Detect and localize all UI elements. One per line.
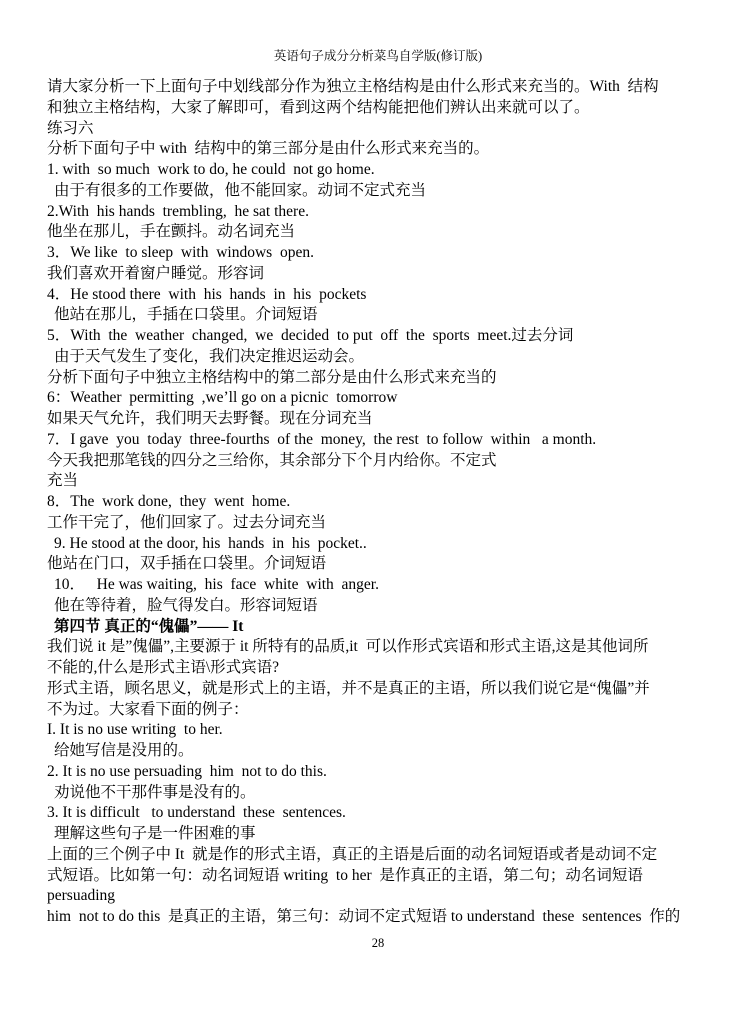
document-page: 英语句子成分分析菜鸟自学版(修订版) 请大家分析一下上面句子中划线部分作为独立主… (0, 0, 756, 1021)
text-line: 充当 (47, 471, 702, 492)
text-line: 他站在门口，双手插在口袋里。介词短语 (47, 554, 702, 575)
text-line: 不为过。大家看下面的例子： (47, 700, 702, 721)
text-line: 请大家分析一下上面句子中划线部分作为独立主格结构是由什么形式来充当的。With … (47, 77, 702, 98)
text-line: 我们说 it 是”傀儡”,主要源于 it 所特有的品质,it 可以作形式宾语和形… (47, 637, 702, 658)
text-line: I. It is no use writing to her. (47, 720, 702, 741)
text-line: 练习六 (47, 119, 702, 140)
text-line: 工作干完了，他们回家了。过去分词充当 (47, 513, 702, 534)
text-line: 7．I gave you today three-fourths of the … (47, 430, 702, 451)
text-line: 形式主语，顾名思义，就是形式上的主语，并不是真正的主语，所以我们说它是“傀儡”并 (47, 679, 702, 700)
text-line: 5．With the weather changed, we decided t… (47, 326, 702, 347)
page-number: 28 (0, 936, 756, 951)
text-line: 2.With his hands trembling, he sat there… (47, 202, 702, 223)
text-line: persuading (47, 886, 702, 907)
text-line: 今天我把那笔钱的四分之三给你，其余部分下个月内给你。不定式 (47, 451, 702, 472)
text-line: 我们喜欢开着窗户睡觉。形容词 (47, 264, 702, 285)
text-line: 上面的三个例子中 It 就是作的形式主语，真正的主语是后面的动名词短语或者是动词… (47, 845, 702, 866)
text-line: him not to do this 是真正的主语，第三句：动词不定式短语 to… (47, 907, 702, 928)
text-line: 分析下面句子中独立主格结构中的第二部分是由什么形式来充当的 (47, 368, 702, 389)
text-line: 他在等待着，脸气得发白。形容词短语 (47, 596, 702, 617)
text-line: 由于天气发生了变化，我们决定推迟运动会。 (47, 347, 702, 368)
text-line: 他站在那儿，手插在口袋里。介词短语 (47, 305, 702, 326)
text-line: 分析下面句子中 with 结构中的第三部分是由什么形式来充当的。 (47, 139, 702, 160)
text-line: 式短语。比如第一句：动名词短语 writing to her 是作真正的主语，第… (47, 866, 702, 887)
text-line: 如果天气允许，我们明天去野餐。现在分词充当 (47, 409, 702, 430)
text-line: 他坐在那儿，手在颤抖。动名词充当 (47, 222, 702, 243)
text-line: 给她写信是没用的。 (47, 741, 702, 762)
text-line: 9. He stood at the door, his hands in hi… (47, 534, 702, 555)
text-line: 4．He stood there with his hands in his p… (47, 285, 702, 306)
document-lines: 请大家分析一下上面句子中划线部分作为独立主格结构是由什么形式来充当的。With … (47, 77, 702, 928)
text-line: 6：Weather permitting ,we’ll go on a picn… (47, 388, 702, 409)
document-header-title: 英语句子成分分析菜鸟自学版(修订版) (0, 49, 756, 64)
text-line: 第四节 真正的“傀儡”—— It (47, 617, 702, 638)
text-line: 不能的,什么是形式主语\形式宾语? (47, 658, 702, 679)
text-line: 3．We like to sleep with windows open. (47, 243, 702, 264)
text-line: 理解这些句子是一件困难的事 (47, 824, 702, 845)
text-line: 8．The work done, they went home. (47, 492, 702, 513)
text-line: 3. It is difficult to understand these s… (47, 803, 702, 824)
text-line: 2. It is no use persuading him not to do… (47, 762, 702, 783)
text-line: 由于有很多的工作要做，他不能回家。动词不定式充当 (47, 181, 702, 202)
text-line: 和独立主格结构，大家了解即可，看到这两个结构能把他们辨认出来就可以了。 (47, 98, 702, 119)
text-line: 1. with so much work to do, he could not… (47, 160, 702, 181)
text-line: 劝说他不干那件事是没有的。 (47, 783, 702, 804)
text-line: 10． He was waiting, his face white with … (47, 575, 702, 596)
